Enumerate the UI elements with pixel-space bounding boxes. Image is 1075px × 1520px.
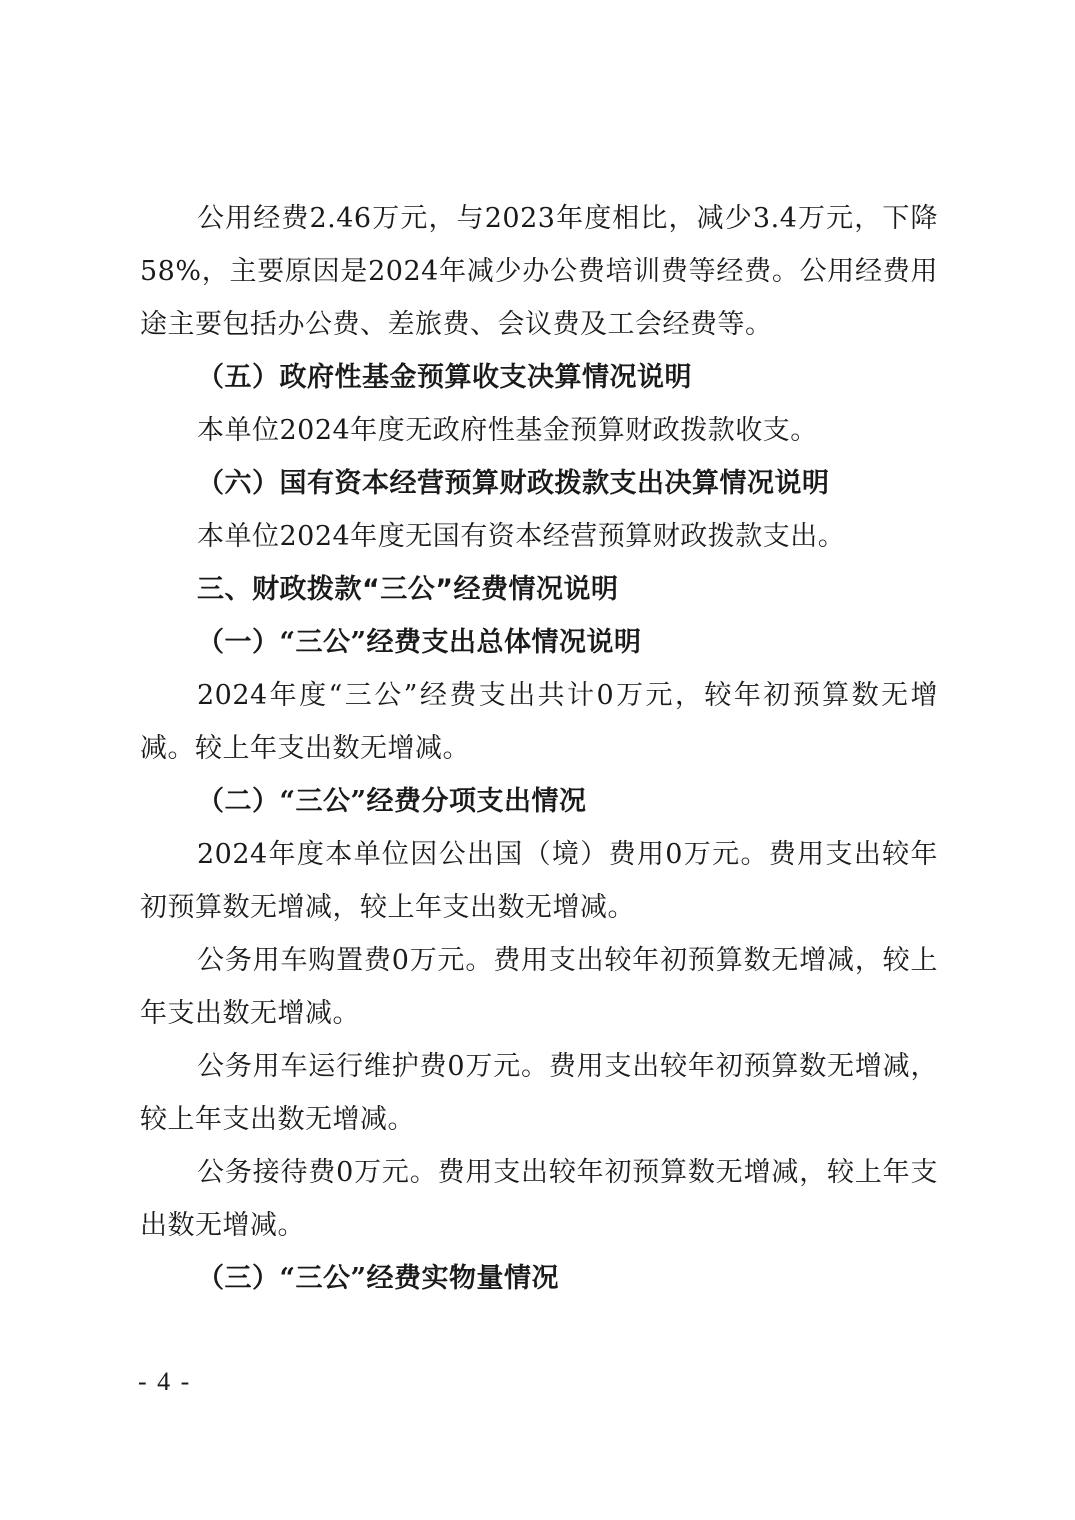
paragraph-overall: 2024年度“三公”经费支出共计0万元，较年初预算数无增减。较上年支出数无增减。: [140, 669, 938, 775]
paragraph-state-capital: 本单位2024年度无国有资本经营预算财政拨款支出。: [140, 510, 938, 563]
section-heading-three-public: 三、财政拨款“三公”经费情况说明: [140, 563, 938, 616]
subheading-itemized: （二）“三公”经费分项支出情况: [140, 775, 938, 828]
page-number: - 4 -: [138, 1367, 191, 1397]
subheading-government-fund: （五）政府性基金预算收支决算情况说明: [140, 351, 938, 404]
paragraph-government-fund: 本单位2024年度无政府性基金预算财政拨款收支。: [140, 404, 938, 457]
paragraph-overseas: 2024年度本单位因公出国（境）费用0万元。费用支出较年初预算数无增减，较上年支…: [140, 828, 938, 934]
document-page: 公用经费2.46万元，与2023年度相比，减少3.4万元，下降58%，主要原因是…: [140, 192, 938, 1305]
paragraph-vehicle-purchase: 公务用车购置费0万元。费用支出较年初预算数无增减，较上年支出数无增减。: [140, 934, 938, 1040]
subheading-overall: （一）“三公”经费支出总体情况说明: [140, 616, 938, 669]
subheading-state-capital: （六）国有资本经营预算财政拨款支出决算情况说明: [140, 457, 938, 510]
subheading-physical-quantity: （三）“三公”经费实物量情况: [140, 1252, 938, 1305]
paragraph-vehicle-maintenance: 公务用车运行维护费0万元。费用支出较年初预算数无增减，较上年支出数无增减。: [140, 1040, 938, 1146]
paragraph-public-funds: 公用经费2.46万元，与2023年度相比，减少3.4万元，下降58%，主要原因是…: [140, 192, 938, 351]
paragraph-reception: 公务接待费0万元。费用支出较年初预算数无增减，较上年支出数无增减。: [140, 1146, 938, 1252]
